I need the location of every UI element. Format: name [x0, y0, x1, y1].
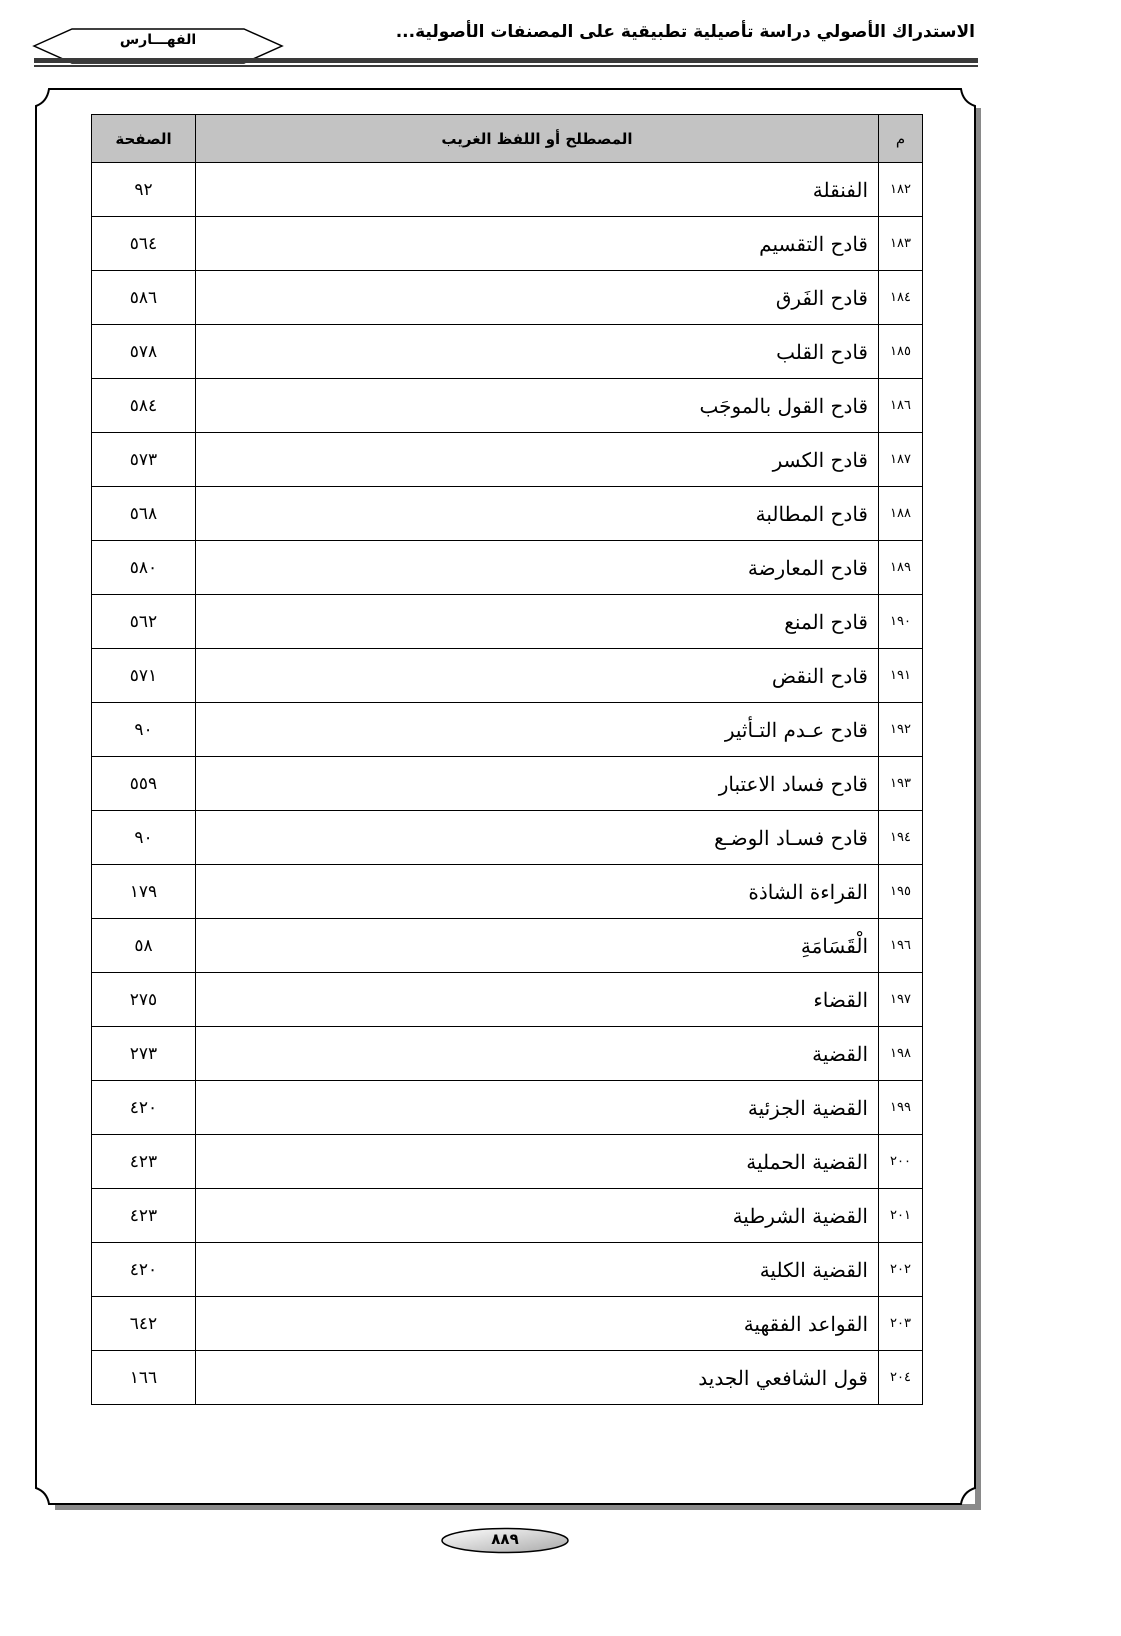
- row-term: قادح المنع: [196, 595, 879, 649]
- running-header-title: الاستدراك الأصولي دراسة تأصيلية تطبيقية …: [415, 22, 975, 42]
- row-page: ٥٦٤: [92, 217, 196, 271]
- row-num: ١٨٥: [879, 325, 923, 379]
- row-page: ٥٦٢: [92, 595, 196, 649]
- row-page: ٢٧٥: [92, 973, 196, 1027]
- table-row: ٢٠٣القواعد الفقهية٦٤٢: [92, 1297, 923, 1351]
- table-row: ١٨٤قادح الفَرق٥٨٦: [92, 271, 923, 325]
- row-num: ١٨٧: [879, 433, 923, 487]
- row-page: ١٧٩: [92, 865, 196, 919]
- table-row: ١٨٦قادح القول بالموجَب٥٨٤: [92, 379, 923, 433]
- row-page: ٥٥٩: [92, 757, 196, 811]
- row-num: ١٨٨: [879, 487, 923, 541]
- row-term: قادح فسـاد الوضـع: [196, 811, 879, 865]
- row-term: قادح المعارضة: [196, 541, 879, 595]
- table-header-row: م المصطلح أو اللفظ الغريب الصفحة: [92, 115, 923, 163]
- page-number-badge: ٨٨٩: [440, 1527, 570, 1554]
- row-term: قادح فساد الاعتبار: [196, 757, 879, 811]
- row-term: القواعد الفقهية: [196, 1297, 879, 1351]
- row-term: قادح الفَرق: [196, 271, 879, 325]
- row-term: قادح عـدم التـأثير: [196, 703, 879, 757]
- table-body: ١٨٢الفنقلة٩٢١٨٣قادح التقسيم٥٦٤١٨٤قادح ال…: [92, 163, 923, 1405]
- row-num: ١٨٦: [879, 379, 923, 433]
- row-term: القراءة الشاذة: [196, 865, 879, 919]
- row-page: ٩٢: [92, 163, 196, 217]
- table-row: ١٨٧قادح الكسر٥٧٣: [92, 433, 923, 487]
- row-num: ١٨٩: [879, 541, 923, 595]
- row-num: ٢٠٠: [879, 1135, 923, 1189]
- row-term: قادح القول بالموجَب: [196, 379, 879, 433]
- row-page: ٥٨٦: [92, 271, 196, 325]
- header-term: المصطلح أو اللفظ الغريب: [196, 115, 879, 163]
- row-num: ٢٠١: [879, 1189, 923, 1243]
- row-term: قول الشافعي الجديد: [196, 1351, 879, 1405]
- table-row: ١٩٦الْقَسَامَةِ٥٨: [92, 919, 923, 973]
- row-page: ٤٢٠: [92, 1081, 196, 1135]
- table-row: ١٩٨القضية٢٧٣: [92, 1027, 923, 1081]
- index-table: م المصطلح أو اللفظ الغريب الصفحة ١٨٢الفن…: [91, 114, 923, 1405]
- row-num: ١٩٨: [879, 1027, 923, 1081]
- header-page: الصفحة: [92, 115, 196, 163]
- row-term: الفنقلة: [196, 163, 879, 217]
- row-num: ٢٠٤: [879, 1351, 923, 1405]
- row-num: ١٩٣: [879, 757, 923, 811]
- row-page: ٩٠: [92, 703, 196, 757]
- row-term: القضية الحملية: [196, 1135, 879, 1189]
- row-num: ١٨٢: [879, 163, 923, 217]
- row-term: القضاء: [196, 973, 879, 1027]
- row-term: قادح المطالبة: [196, 487, 879, 541]
- row-term: قادح القلب: [196, 325, 879, 379]
- table-row: ١٩٥القراءة الشاذة١٧٩: [92, 865, 923, 919]
- row-num: ١٩١: [879, 649, 923, 703]
- section-label: الفهـــارس: [32, 32, 284, 48]
- table-row: ١٨٥قادح القلب٥٧٨: [92, 325, 923, 379]
- row-term: قادح التقسيم: [196, 217, 879, 271]
- row-num: ١٨٤: [879, 271, 923, 325]
- row-page: ٥٨٤: [92, 379, 196, 433]
- row-term: قادح الكسر: [196, 433, 879, 487]
- table-row: ٢٠٢القضية الكلية٤٢٠: [92, 1243, 923, 1297]
- row-num: ١٩٠: [879, 595, 923, 649]
- table-row: ١٩٧القضاء٢٧٥: [92, 973, 923, 1027]
- table-row: ١٨٢الفنقلة٩٢: [92, 163, 923, 217]
- table-row: ١٩٩القضية الجزئية٤٢٠: [92, 1081, 923, 1135]
- row-page: ٥٧٣: [92, 433, 196, 487]
- row-num: ١٨٣: [879, 217, 923, 271]
- table-row: ٢٠١القضية الشرطية٤٢٣: [92, 1189, 923, 1243]
- row-page: ٩٠: [92, 811, 196, 865]
- header-rule-thick: [34, 58, 978, 63]
- header-rule-thin: [34, 65, 978, 67]
- row-term: القضية: [196, 1027, 879, 1081]
- table-row: ١٩٠قادح المنع٥٦٢: [92, 595, 923, 649]
- row-page: ٥٦٨: [92, 487, 196, 541]
- row-term: القضية الكلية: [196, 1243, 879, 1297]
- row-page: ٢٧٣: [92, 1027, 196, 1081]
- row-page: ١٦٦: [92, 1351, 196, 1405]
- page-number: ٨٨٩: [440, 1530, 570, 1548]
- table-row: ١٩٣قادح فساد الاعتبار٥٥٩: [92, 757, 923, 811]
- row-page: ٤٢٣: [92, 1135, 196, 1189]
- row-page: ٥٨٠: [92, 541, 196, 595]
- row-term: القضية الجزئية: [196, 1081, 879, 1135]
- row-page: ٥٨: [92, 919, 196, 973]
- table-row: ١٨٨قادح المطالبة٥٦٨: [92, 487, 923, 541]
- row-page: ٥٧١: [92, 649, 196, 703]
- row-page: ٦٤٢: [92, 1297, 196, 1351]
- row-num: ١٩٤: [879, 811, 923, 865]
- row-num: ١٩٧: [879, 973, 923, 1027]
- row-page: ٥٧٨: [92, 325, 196, 379]
- row-num: ١٩٢: [879, 703, 923, 757]
- row-term: قادح النقض: [196, 649, 879, 703]
- table-row: ١٩٤قادح فسـاد الوضـع٩٠: [92, 811, 923, 865]
- table-row: ١٨٩قادح المعارضة٥٨٠: [92, 541, 923, 595]
- row-term: الْقَسَامَةِ: [196, 919, 879, 973]
- row-num: ٢٠٢: [879, 1243, 923, 1297]
- table-row: ١٨٣قادح التقسيم٥٦٤: [92, 217, 923, 271]
- row-page: ٤٢٠: [92, 1243, 196, 1297]
- table-row: ٢٠٤قول الشافعي الجديد١٦٦: [92, 1351, 923, 1405]
- row-num: ١٩٩: [879, 1081, 923, 1135]
- row-page: ٤٢٣: [92, 1189, 196, 1243]
- table-row: ١٩٢قادح عـدم التـأثير٩٠: [92, 703, 923, 757]
- table-row: ٢٠٠القضية الحملية٤٢٣: [92, 1135, 923, 1189]
- row-num: ١٩٥: [879, 865, 923, 919]
- row-num: ١٩٦: [879, 919, 923, 973]
- row-term: القضية الشرطية: [196, 1189, 879, 1243]
- row-num: ٢٠٣: [879, 1297, 923, 1351]
- table-row: ١٩١قادح النقض٥٧١: [92, 649, 923, 703]
- header-num: م: [879, 115, 923, 163]
